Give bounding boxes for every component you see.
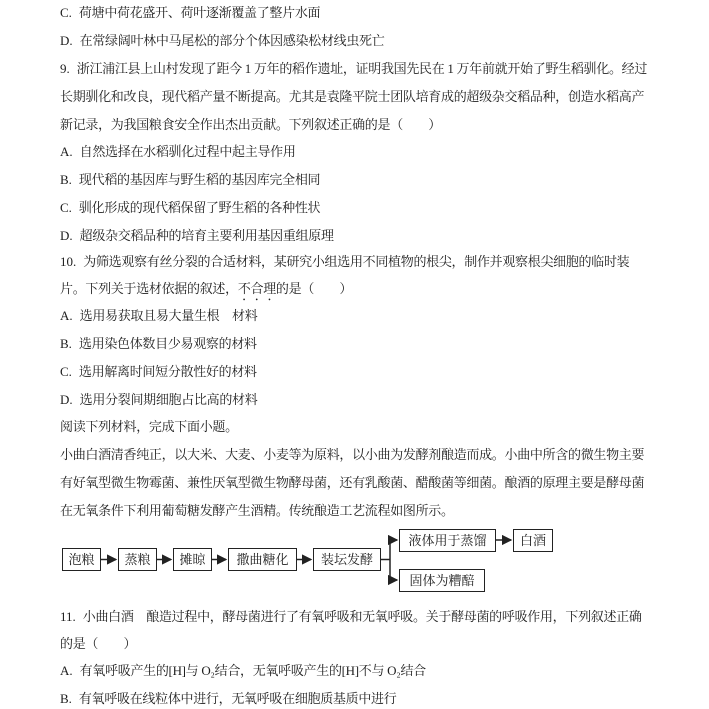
reading-intro: 阅读下列材料，完成下面小题。 [60,418,238,436]
option-label: C. [60,199,72,217]
stem-text: 浙江浦江县上山村发现了距今 1 万年的稻作遗址，证明我国先民在 1 万年前就开始… [77,61,647,76]
emphasized-text: 不合理 [238,281,276,296]
q9-option-c: C.驯化形成的现代稻保留了野生稻的各种性状 [60,199,320,217]
option-label: A. [60,143,73,161]
q10-option-b: B.选用染色体数目少易观察的材料 [60,335,257,353]
q9-stem-line-1: 9.浙江浦江县上山村发现了距今 1 万年的稻作遗址，证明我国先民在 1 万年前就… [60,60,647,78]
option-label: A. [60,307,73,325]
option-text: 选用分裂间期细胞占比高的材料 [80,392,258,407]
option-text: 驯化形成的现代稻保留了野生稻的各种性状 [79,200,320,215]
option-label: D. [60,32,73,50]
option-label: D. [60,227,73,245]
stem-text: 片。下列关于选材依据的叙述， [60,281,238,296]
q9-option-a: A.自然选择在水稻驯化过程中起主导作用 [60,143,296,161]
option-label: D. [60,391,73,409]
option-text: 在常绿阔叶林中马尾松的部分个体因感染松材线虫死亡 [80,33,385,48]
stem-text: 为筛选观察有丝分裂的合适材料，某研究小组选用不同植物的根尖，制作并观察根尖细胞的… [83,254,629,269]
option-label: B. [60,690,72,708]
q10-stem-line-1: 10.为筛选观察有丝分裂的合适材料，某研究小组选用不同植物的根尖，制作并观察根尖… [60,253,629,271]
option-text: 超级杂交稻品种的培育主要利用基因重组原理 [80,228,334,243]
option-text: 选用易获取且易大量生根 材料 [80,308,258,323]
q10-option-c: C.选用解离时间短分散性好的材料 [60,363,257,381]
option-label: A. [60,662,73,680]
q8-option-d: D.在常绿阔叶林中马尾松的部分个体因感染松材线虫死亡 [60,32,384,50]
stem-text: 的是（ ） [60,636,136,651]
option-label: B. [60,171,72,189]
stem-text: 的是（ ） [276,281,352,296]
material-line-3: 在无氧条件下利用葡萄糖发酵产生酒精。传统酿造工艺流程如图所示。 [60,502,454,520]
q9-option-b: B.现代稻的基因库与野生稻的基因库完全相同 [60,171,320,189]
q10-stem-line-2: 片。下列关于选材依据的叙述，不合理的是（ ） [60,280,352,304]
brewing-process-flowchart: 泡粮 蒸粮 摊晾 撒曲糖化 装坛发酵 液体用于蒸馏 白酒 固体为糟醅 [62,525,572,595]
q11-stem-line-2: 的是（ ） [60,635,136,653]
flow-step-soak-grain: 泡粮 [62,548,101,571]
q11-option-b: B.有氧呼吸在线粒体中进行，无氧呼吸在细胞质基质中进行 [60,690,396,708]
option-text: 自然选择在水稻驯化过程中起主导作用 [80,144,296,159]
material-text: 小曲白酒清香纯正，以大米、大麦、小麦等为原料，以小曲为发酵剂酿造而成。小曲中所含… [60,447,644,462]
option-label: B. [60,335,72,353]
q10-option-d: D.选用分裂间期细胞占比高的材料 [60,391,257,409]
flow-branch-liquid-distill: 液体用于蒸馏 [399,529,496,552]
flow-step-ferment-jar: 装坛发酵 [313,548,381,571]
q11-stem-line-1: 11.小曲白酒 酿造过程中，酵母菌进行了有氧呼吸和无氧呼吸。关于酵母菌的呼吸作用… [60,608,642,626]
option-text: 荷塘中荷花盛开、荷叶逐渐覆盖了整片水面 [79,5,320,20]
stem-text: 小曲白酒 酿造过程中，酵母菌进行了有氧呼吸和无氧呼吸。关于酵母菌的呼吸作用，下列… [83,609,642,624]
option-text: 现代稻的基因库与野生稻的基因库完全相同 [79,172,320,187]
q8-option-c: C.荷塘中荷花盛开、荷叶逐渐覆盖了整片水面 [60,4,320,22]
question-number: 11. [60,608,76,626]
option-text: 选用解离时间短分散性好的材料 [79,364,257,379]
flow-step-saccharify: 撒曲糖化 [228,548,297,571]
q9-option-d: D.超级杂交稻品种的培育主要利用基因重组原理 [60,227,334,245]
flow-step-steam-grain: 蒸粮 [118,548,157,571]
option-text: 有氧呼吸在线粒体中进行，无氧呼吸在细胞质基质中进行 [79,691,397,706]
stem-text: 长期驯化和改良，现代稻产量不断提高。尤其是袁隆平院士团队培育成的超级杂交稻品种，… [60,89,644,104]
q10-option-a: A.选用易获取且易大量生根 材料 [60,307,257,325]
option-label: C. [60,363,72,381]
material-text: 有好氧型微生物霉菌、兼性厌氧型微生物酵母菌，还有乳酸菌、醋酸菌等细菌。酿酒的原理… [60,475,644,490]
option-text: 有氧呼吸产生的[H]与 O₂结合，无氧呼吸产生的[H]不与 O₂结合 [80,663,426,678]
material-text: 在无氧条件下利用葡萄糖发酵产生酒精。传统酿造工艺流程如图所示。 [60,503,454,518]
question-number: 9. [60,60,70,78]
intro-text: 阅读下列材料，完成下面小题。 [60,419,238,434]
flow-step-spread-cool: 摊晾 [173,548,212,571]
q11-option-a: A.有氧呼吸产生的[H]与 O₂结合，无氧呼吸产生的[H]不与 O₂结合 [60,662,426,680]
flow-result-baijiu: 白酒 [513,529,553,552]
question-number: 10. [60,253,76,271]
q9-stem-line-2: 长期驯化和改良，现代稻产量不断提高。尤其是袁隆平院士团队培育成的超级杂交稻品种，… [60,88,644,106]
exam-page: C.荷塘中荷花盛开、荷叶逐渐覆盖了整片水面 D.在常绿阔叶林中马尾松的部分个体因… [0,0,709,709]
option-text: 选用染色体数目少易观察的材料 [79,336,257,351]
material-line-1: 小曲白酒清香纯正，以大米、大麦、小麦等为原料，以小曲为发酵剂酿造而成。小曲中所含… [60,446,644,464]
q9-stem-line-3: 新记录，为我国粮食安全作出杰出贡献。下列叙述正确的是（ ） [60,116,441,134]
option-label: C. [60,4,72,22]
material-line-2: 有好氧型微生物霉菌、兼性厌氧型微生物酵母菌，还有乳酸菌、醋酸菌等细菌。酿酒的原理… [60,474,644,492]
stem-text: 新记录，为我国粮食安全作出杰出贡献。下列叙述正确的是（ ） [60,117,441,132]
flow-branch-solid-mash: 固体为糟醅 [399,569,485,592]
